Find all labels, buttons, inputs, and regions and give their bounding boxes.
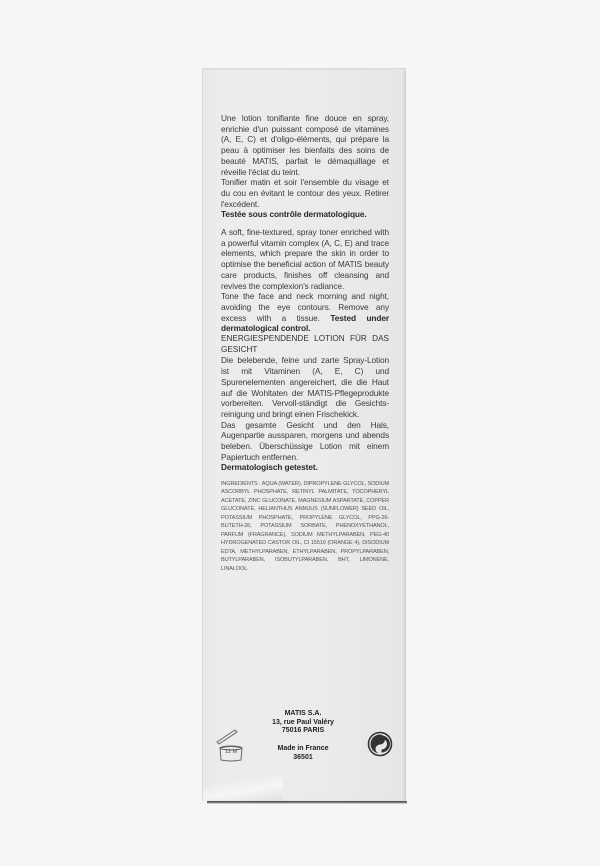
box-corner-shading (203, 773, 283, 801)
product-box-back-panel: Une lotion tonifiante fine douce en spra… (202, 68, 405, 801)
french-claim: Testée sous contrôle dermatologique. (221, 209, 367, 219)
pao-label: 12 M (222, 749, 240, 755)
german-section: ENERGIESPENDENDE LOTION FÜR DAS GESICHT … (221, 334, 389, 473)
manufacturer-street: 13, rue Paul Valéry (243, 719, 363, 728)
ingredients-list: INGREDIENTS : AQUA (WATER), DIPROPYLENE … (221, 480, 389, 573)
product-code: 36501 (243, 754, 363, 763)
box-top-edge (203, 68, 405, 71)
open-jar-icon: 12 M (213, 726, 249, 764)
origin-info: Made in France 36501 (243, 745, 363, 762)
german-description: Die belebende, feine und zarte Spray-Lot… (221, 355, 389, 419)
english-section: A soft, fine-textured, spray toner enric… (221, 227, 389, 334)
made-in-label: Made in France (243, 745, 363, 754)
german-claim: Dermatologisch getestet. (221, 462, 318, 472)
french-description: Une lotion tonifiante fine douce en spra… (221, 113, 389, 177)
manufacturer-city: 75016 PARIS (243, 727, 363, 736)
german-heading: ENERGIESPENDENDE LOTION FÜR DAS GESICHT (221, 334, 389, 355)
french-usage: Tonifier matin et soir l'ensemble du vis… (221, 177, 389, 208)
german-usage: Das gesamte Gesicht und den Hals, Augenp… (221, 420, 389, 462)
manufacturer-name: MATIS S.A. (243, 710, 363, 719)
manufacturer-address: MATIS S.A. 13, rue Paul Valéry 75016 PAR… (243, 710, 363, 736)
english-description: A soft, fine-textured, spray toner enric… (221, 227, 389, 291)
french-section: Une lotion tonifiante fine douce en spra… (221, 113, 389, 220)
green-dot-recycle-icon (367, 731, 393, 757)
